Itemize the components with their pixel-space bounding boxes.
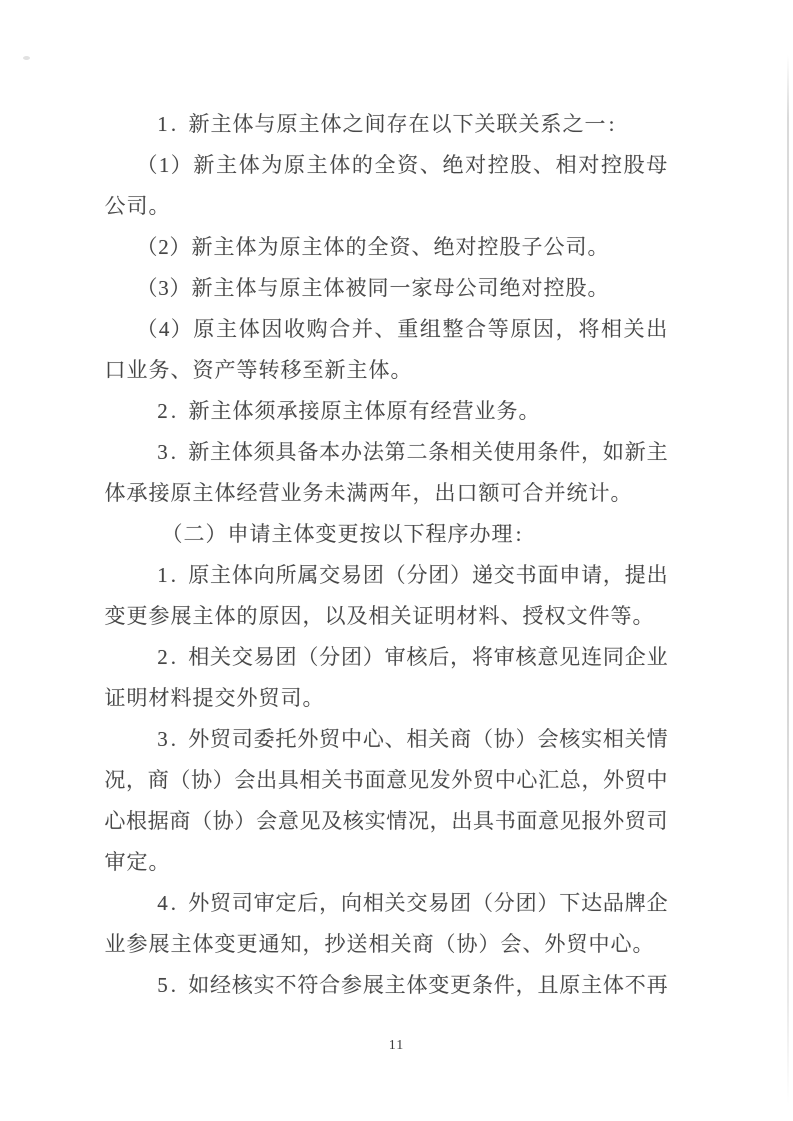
text-char: 将 [472,637,494,678]
text-char: 核 [559,719,581,760]
text-char: 所 [275,555,297,596]
text-char: 外 [603,760,625,801]
text-char: 下 [559,883,581,924]
text-char: 子 [521,227,543,268]
text-char: 权 [544,596,566,637]
text-line: 体承接原主体经营业务未满两年，出口额可合并统计。 [104,473,668,514]
text-char: 体 [293,514,315,555]
text-char: 外 [451,760,473,801]
text-char: 料 [478,596,500,637]
text-char: 商 [147,760,169,801]
text-char: 主 [210,555,232,596]
text-char: 贸 [210,719,232,760]
text-char: 序 [447,514,469,555]
text-char: 展 [362,965,384,1006]
text-char: 业 [280,473,302,514]
text-char: 系 [540,104,562,145]
text-char: 营 [452,391,474,432]
text-char: 汇 [538,760,560,801]
text-char: 面 [364,760,386,801]
text-char: 合 [522,473,544,514]
text-char: 移 [280,350,302,391]
text-char [179,965,188,1006]
text-char: 况 [408,801,430,842]
text-char: 相 [600,309,622,350]
text-char: 新 [193,145,215,186]
text-char: 达 [581,883,603,924]
text-char: （ [161,514,183,555]
text-char: 满 [346,473,368,514]
text-char: 4 [157,883,168,924]
text-char: 体 [232,104,254,145]
text-char: 分 [493,883,515,924]
text-char: 对 [455,227,477,268]
text-char: 的 [236,596,258,637]
text-char: 会 [537,719,559,760]
text-char: 母 [433,268,455,309]
text-char: 以 [324,596,346,637]
text-line: （3）新主体与原主体被同一家母公司绝对控股。 [104,268,668,309]
text-char: 相 [362,883,384,924]
text-char: 材 [148,678,170,719]
text-char: 。 [148,842,170,883]
text-char: 团 [341,637,363,678]
text-line: （1）新主体为原主体的全资、绝对控股、相对控股母 [104,145,668,186]
text-char: 资 [192,350,214,391]
text-char: 申 [227,514,249,555]
text-char: 通 [258,924,280,965]
text-char: ， [412,473,434,514]
text-char: ） [234,801,256,842]
text-char: 易 [253,637,275,678]
text-char: 主 [210,104,232,145]
text-char: 存 [386,104,408,145]
text-char: 业 [474,391,496,432]
text-char: 合 [329,309,351,350]
text-char: 及 [346,596,368,637]
text-char: 外 [544,924,566,965]
text-char: 条 [428,432,450,473]
text-char: ， [302,596,324,637]
text-char: 全 [367,227,389,268]
text-char: 关 [472,432,494,473]
text-char: 口 [456,473,478,514]
text-char: 相 [450,432,472,473]
text-char: 股 [623,145,645,186]
text-char: 原 [283,145,305,186]
text-char: 司 [280,678,302,719]
text-char: 。 [302,678,324,719]
text-char: 等 [487,309,509,350]
page-footer: 11 [0,1038,793,1054]
text-char: 件 [588,596,610,637]
text-char: 关 [518,104,540,145]
text-char: 年 [390,473,412,514]
text-char: 件 [493,965,515,1006]
text-char: （ [136,309,158,350]
text-char: 重 [397,309,419,350]
text-char: 。 [587,227,609,268]
text-char: 见 [559,637,581,678]
text-char: 程 [425,514,447,555]
text-char: . [168,104,179,145]
text-char: 更 [450,965,472,1006]
text-char: 与 [257,268,279,309]
text-char: 连 [581,637,603,678]
text-char: 将 [578,309,600,350]
text-char: 组 [419,309,441,350]
text-char: 承 [126,473,148,514]
text-char: 后 [297,883,319,924]
text-char [179,719,188,760]
text-char: 实 [364,801,386,842]
text-char: 参 [341,965,363,1006]
text-char: . [168,391,179,432]
text-char: 主 [646,432,668,473]
text-char: 、 [374,309,396,350]
text-char: 见 [299,801,321,842]
text-char: 关 [474,104,496,145]
text-char: . [168,432,179,473]
text-char: 统 [566,473,588,514]
text-char: 关 [390,596,412,637]
text-char: 。 [148,186,170,227]
text-char: 新 [191,227,213,268]
text-char: 司 [126,186,148,227]
text-char: 定 [126,842,148,883]
text-char: 不 [275,965,297,1006]
text-char: 1 [157,104,168,145]
text-char: 提 [624,555,646,596]
text-char: 体 [320,104,342,145]
text-char: 托 [275,719,297,760]
text-char: 主 [581,965,603,1006]
text-char: 合 [465,309,487,350]
text-char: 原 [559,965,581,1006]
text-char: 体 [364,391,386,432]
text-line: 证明材料提交外贸司。 [104,678,668,719]
text-char: 出 [646,309,668,350]
text-char: 原 [276,104,298,145]
text-char: 更 [337,514,359,555]
text-char: 面 [516,801,538,842]
text-char: 4 [159,309,170,350]
text-char: 可 [500,473,522,514]
text-char: 口 [104,350,126,391]
text-char: 情 [646,719,668,760]
text-char: 协 [456,924,478,965]
text-char: 司 [646,801,668,842]
text-char: 核 [343,801,365,842]
text-char: ， [319,883,341,924]
text-char: 新 [324,350,346,391]
text-char: ） [170,309,192,350]
text-char: 新 [188,391,210,432]
text-char: 按 [359,514,381,555]
text-char: 相 [368,596,390,637]
text-char: 外 [603,801,625,842]
text-char: 原 [193,309,215,350]
text-char: 商 [450,719,472,760]
text-char: 产 [214,350,236,391]
text-char: （ [472,883,494,924]
text-char: 向 [341,883,363,924]
text-char: 书 [343,760,365,801]
text-char: 至 [302,350,324,391]
text-char: （ [297,637,319,678]
text-char: 情 [386,801,408,842]
text-char: 法 [362,432,384,473]
text-line: （二）申请主体变更按以下程序办理: [104,514,668,555]
text-char: 体 [231,432,253,473]
text-char: 、 [384,719,406,760]
text-char: . [168,637,179,678]
text-char: 经 [236,473,258,514]
text-char: 、 [419,145,441,186]
text-line: 公司。 [104,186,668,227]
text-char: 审 [384,637,406,678]
text-char: 体 [214,596,236,637]
text-char: 协 [493,719,515,760]
text-char: 体 [235,227,257,268]
text-char: 易 [428,883,450,924]
text-char: ， [450,637,472,678]
text-char: （ [136,227,158,268]
text-char: 会 [500,924,522,965]
text-char: （ [136,268,158,309]
text-char: 关 [321,760,343,801]
text-char: 的 [351,145,373,186]
text-char: 向 [253,555,275,596]
text-char: 商 [169,801,191,842]
text-char: 件 [559,432,581,473]
text-char: 体 [238,145,260,186]
text-char: 接 [298,391,320,432]
text-char: 见 [559,801,581,842]
text-char: 以 [430,104,452,145]
text-char: 分 [406,555,428,596]
text-char: ） [537,883,559,924]
text-char: 联 [496,104,518,145]
text-char: ） [169,227,191,268]
text-char: 、 [411,227,433,268]
text-char: 贸 [566,924,588,965]
text-char: 主 [213,227,235,268]
text-char: 团 [275,637,297,678]
text-char: 参 [126,924,148,965]
text-char: 材 [456,596,478,637]
text-char: 团 [428,555,450,596]
text-char: （ [434,924,456,965]
text-char: 审 [253,883,275,924]
text-char: 交 [231,637,253,678]
text-line: （2）新主体为原主体的全资、绝对控股子公司。 [104,227,668,268]
text-char: : [513,514,524,555]
text-char: 控 [543,268,565,309]
text-char: 授 [522,596,544,637]
text-char: 理 [491,514,513,555]
text-char: ， [581,760,603,801]
text-char: 心 [362,719,384,760]
text-char: 被 [345,268,367,309]
text-char: 料 [170,678,192,719]
text-char: 同 [603,637,625,678]
text-char: （ [384,555,406,596]
text-char: 外 [188,883,210,924]
text-char: ， [515,965,537,1006]
text-char: 更 [126,596,148,637]
page-number: 11 [389,1038,404,1053]
text-char [179,883,188,924]
text-char: 因 [280,596,302,637]
text-char: 参 [148,596,170,637]
text-char: 。 [610,473,632,514]
text-char: 原 [320,391,342,432]
text-char: ） [169,268,191,309]
text-char: 主 [210,391,232,432]
text-char: 意 [538,801,560,842]
text-char: 外 [297,719,319,760]
text-char: 交 [493,555,515,596]
text-char: 易 [341,555,363,596]
text-char: 交 [319,555,341,596]
text-char: 出 [434,473,456,514]
text-char: 务 [302,473,324,514]
text-char: 关 [390,924,412,965]
text-char: 司 [477,268,499,309]
text-char: 主 [301,227,323,268]
text-char: 主 [298,104,320,145]
text-char: 相 [299,760,321,801]
text-char: 中 [646,760,668,801]
text-char: 司 [565,227,587,268]
text-char: 体 [323,227,345,268]
text-char: 须 [253,432,275,473]
text-char: 关 [384,883,406,924]
text-char: （ [169,760,191,801]
text-char: 条 [537,432,559,473]
text-char: 原 [170,473,192,514]
text-char: 、 [533,145,555,186]
text-char: 会 [256,801,278,842]
text-line: 审定。 [104,842,668,883]
text-char: 股 [510,145,532,186]
text-char: 发 [429,760,451,801]
text-char: 母 [646,145,668,186]
text-char: 面 [537,555,559,596]
text-char: 股 [499,227,521,268]
text-char: （ [191,801,213,842]
text-char: 因 [261,309,283,350]
text-line: 2. 相关交易团（分团）审核后，将审核意见连同企业 [104,637,668,678]
text-char: （ [472,719,494,760]
text-char: 核 [515,637,537,678]
text-char: 相 [603,719,625,760]
text-char: 主 [210,432,232,473]
text-line: 心根据商（协）会意见及核实情况，出具书面意见报外贸司 [104,801,668,842]
text-char: 公 [455,268,477,309]
text-char: 文 [566,596,588,637]
text-char: 2 [158,227,169,268]
text-char: 抄 [324,924,346,965]
text-char: 体 [235,268,257,309]
text-char: 二 [406,432,428,473]
text-char: 2 [157,637,168,678]
text-char: 使 [493,432,515,473]
text-char: 等 [236,350,258,391]
text-char: 团 [362,555,384,596]
text-char: 核 [231,965,253,1006]
text-char: 有 [408,391,430,432]
text-char: 间 [364,104,386,145]
text-char: 知 [280,924,302,965]
text-char: 关 [623,309,645,350]
text-char: 家 [411,268,433,309]
text-char: 3 [158,268,169,309]
text-char: 1 [157,555,168,596]
text-char: 及 [321,801,343,842]
text-char: 实 [581,719,603,760]
text-char: 核 [406,637,428,678]
text-char: 品 [603,883,625,924]
text-line: 1. 新主体与原主体之间存在以下关联关系之一: [104,104,668,145]
text-char: 本 [319,432,341,473]
text-char: 审 [104,842,126,883]
text-char: 收 [283,309,305,350]
text-char: 证 [104,678,126,719]
text-char: ， [126,760,148,801]
text-char: 二 [183,514,205,555]
text-line: 业参展主体变更通知，抄送相关商（协）会、外贸中心。 [104,924,668,965]
text-char: 经 [210,965,232,1006]
page-text: 1. 新主体与原主体之间存在以下关联关系之一:（1）新主体为原主体的全资、绝对控… [104,104,668,1006]
text-char: 符 [297,965,319,1006]
text-char: 变 [428,965,450,1006]
text-char: 两 [368,473,390,514]
text-char: 再 [646,965,668,1006]
text-char: 第 [384,432,406,473]
text-char: 团 [450,883,472,924]
text-char: 下 [403,514,425,555]
text-char: 主 [170,924,192,965]
text-char: . [168,719,179,760]
text-char: 更 [236,924,258,965]
text-line: 3. 外贸司委托外贸中心、相关商（协）会核实相关情 [104,719,668,760]
text-char: 新 [188,104,210,145]
text-char: 之 [562,104,584,145]
text-char: 3 [157,719,168,760]
text-char: 体 [232,391,254,432]
text-char: 出 [256,760,278,801]
text-char: 书 [494,801,516,842]
text-char: . [168,555,179,596]
text-char: 相 [368,924,390,965]
text-char: 请 [249,514,271,555]
text-char: 、 [500,596,522,637]
text-char: 变 [214,924,236,965]
text-char: 明 [434,596,456,637]
text-char: 股 [565,268,587,309]
text-line: 1. 原主体向所属交易团（分团）递交书面申请，提出 [104,555,668,596]
text-char: 全 [374,145,396,186]
text-char: （ [136,145,158,186]
text-char: 合 [319,965,341,1006]
text-char: 意 [278,801,300,842]
text-char: 商 [412,924,434,965]
text-char: 出 [646,555,668,596]
text-char: 主 [342,391,364,432]
text-char: 据 [147,801,169,842]
